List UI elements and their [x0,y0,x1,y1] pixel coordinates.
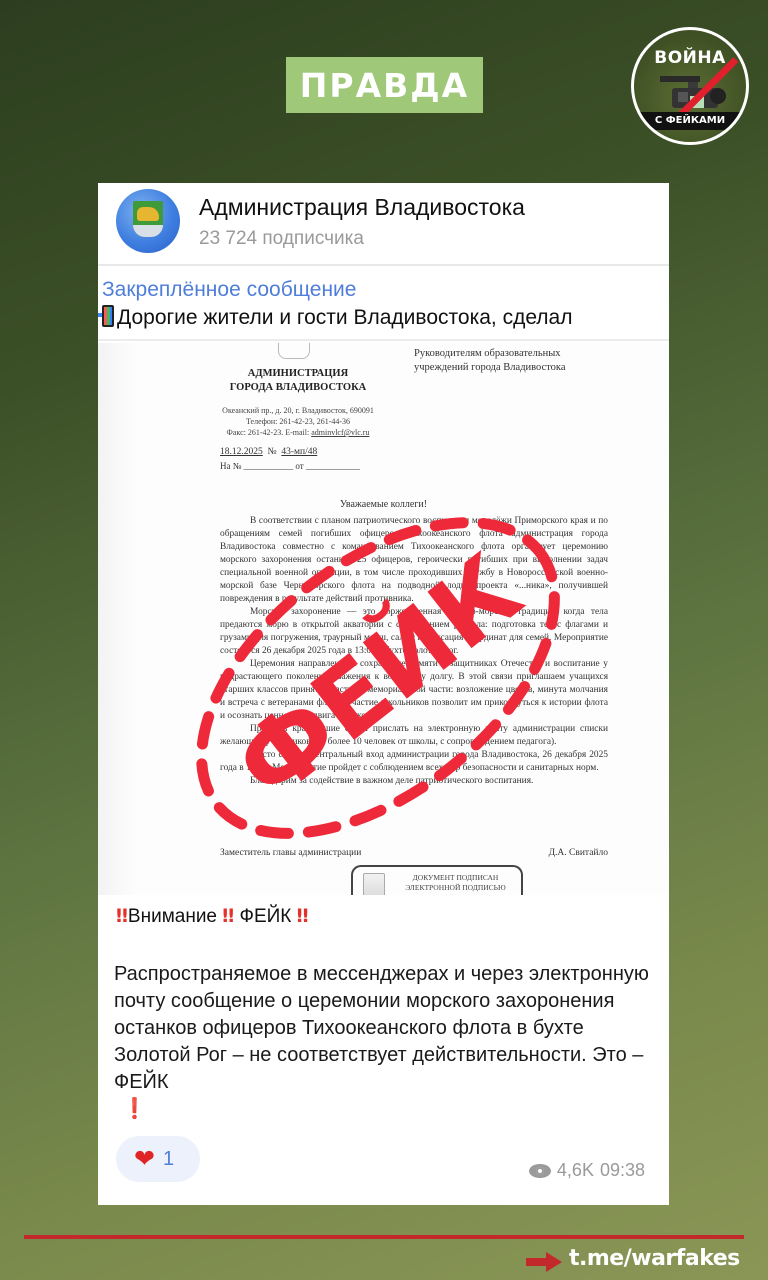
double-exclamation-icon: ‼ [297,905,306,927]
reaction-count: 1 [163,1148,174,1171]
channel-header[interactable]: Администрация Владивостока 23 724 подпис… [98,183,669,266]
city-crest-icon [278,343,310,359]
pinned-message-bar[interactable]: Закреплённое сообщение Дорогие жители и … [98,268,669,341]
tiger-icon [137,207,159,221]
exclamation-icon: ❗ [122,1096,659,1120]
document-address: Океанский пр., д. 20, г. Владивосток, 69… [193,405,403,438]
double-exclamation-icon: ‼ [222,905,231,927]
channel-avatar[interactable] [116,189,180,253]
heart-icon: ❤ [134,1147,155,1172]
verdict-badge: ПРАВДА [286,57,483,113]
document-date-number: 18.12.2025 № 43-мп/48 [220,447,317,457]
heart-reaction-button[interactable]: ❤ 1 [116,1136,200,1182]
message-meta: 4,6K 09:38 [529,1160,645,1181]
warning-heading: ‼Внимание ‼ ФЕЙК ‼ [116,905,309,928]
crest-icon [363,873,385,895]
subscriber-count: 23 724 подписчика [199,228,364,250]
electronic-signature-box: ДОКУМЕНТ ПОДПИСАН ЭЛЕКТРОННОЙ ПОДПИСЬЮ [351,865,523,895]
arrow-right-icon [526,1252,562,1272]
document-body: В соответствии с планом патриотического … [220,515,608,788]
footer-divider [24,1235,744,1239]
double-exclamation-icon: ‼ [116,905,125,927]
view-count: 4,6K [557,1160,594,1181]
channel-name: Администрация Владивостока [199,194,525,221]
channel-link[interactable]: t.me/warfakes [569,1246,740,1271]
message-text: Распространяемое в мессенджерах и через … [114,961,659,1120]
document-image[interactable]: АДМИНИСТРАЦИЯ ГОРОДА ВЛАДИВОСТОКА Океанс… [98,343,669,895]
rock-icon [133,225,163,237]
document-reference-line: На № ___________ от ____________ [220,461,360,471]
war-on-fakes-logo: ВОЙНА С ФЕЙКАМИ [631,27,749,145]
document-recipient: Руководителям образовательных учреждений… [414,347,634,375]
pinned-message-text: Дорогие жители и гости Владивостока, сде… [117,306,573,329]
document-issuer: АДМИНИСТРАЦИЯ ГОРОДА ВЛАДИВОСТОКА [198,367,398,395]
document-greeting: Уважаемые коллеги! [98,499,669,510]
document-signature: Заместитель главы администрации Д.А. Сви… [220,848,608,858]
pinned-message-preview: Дорогие жители и гости Владивостока, сде… [102,305,573,330]
page-shadow [98,343,138,895]
pinned-message-title: Закреплённое сообщение [102,278,356,302]
message-time: 09:38 [600,1160,645,1181]
eye-icon [529,1164,551,1178]
logo-bottom-text: С ФЕЙКАМИ [634,112,746,130]
telegram-post-card: Администрация Владивостока 23 724 подпис… [98,183,669,1205]
mobile-phone-arrow-icon [102,305,114,327]
